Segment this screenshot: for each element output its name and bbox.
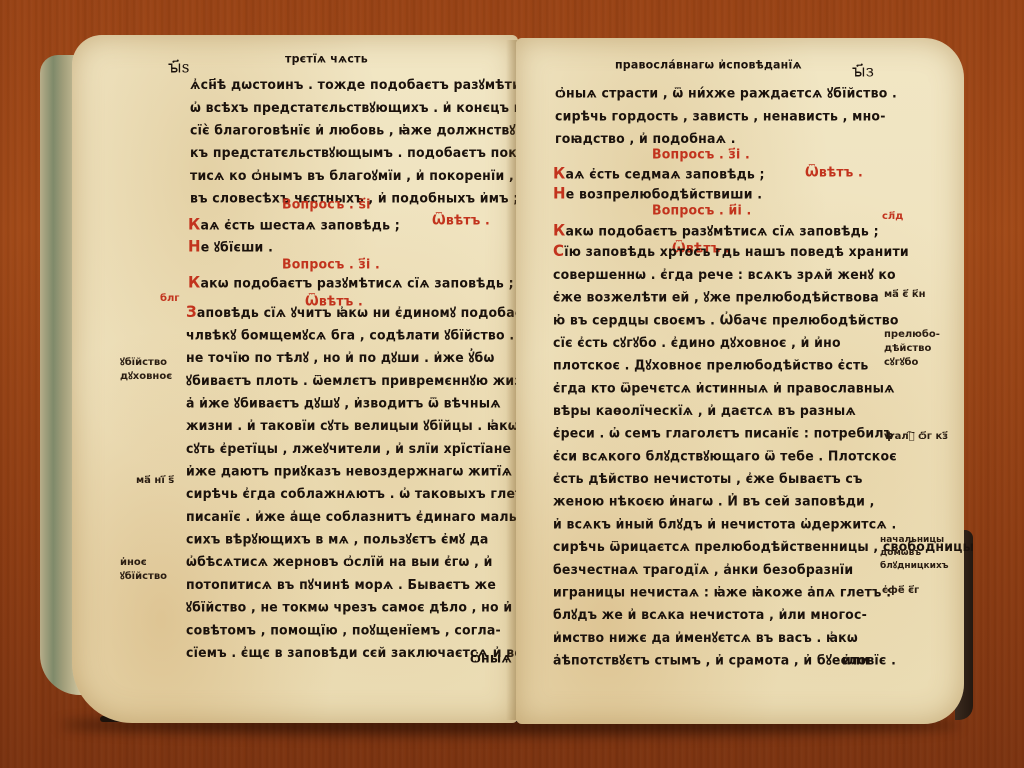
margin-note: сл҃д xyxy=(882,210,903,224)
red-initial: Н xyxy=(188,236,201,255)
text-line: є҆же возжелѣти ей , ꙋже прелюбодѣйствова xyxy=(553,285,883,308)
text-line: совѣтомъ , помощїю , поꙋщенїемъ , согла- xyxy=(186,618,506,641)
text-line: ѡ҆бѣсѧтисѧ жерновъ ѻ҆слїй на выи є҆гѡ , … xyxy=(186,550,506,573)
text-line: сирѣчь ѿрицаєтсѧ прелюбодѣйственницы , с… xyxy=(553,535,883,558)
text-line: и҆же даютъ приꙋказъ невоздержнагѡ житїѧ … xyxy=(186,459,506,482)
red-initial: С xyxy=(553,241,564,260)
margin-note: начальницы домѡвъ блꙋдницкихъ xyxy=(880,534,949,573)
margin-note: блг xyxy=(160,292,180,306)
margin-note: ма҃ ні҃ ѕ҃ xyxy=(136,474,174,488)
text-line: сꙋть є҆ретїцы , лжеꙋчители , и҆ ѕлїи хрї… xyxy=(186,437,506,460)
text-line: не точїю по тѣлꙋ , но и҆ по дꙋши . и҆же … xyxy=(186,346,506,369)
margin-note: ꙋбїйство дꙋховноє xyxy=(120,356,172,384)
text-line: сїє̀ благоговѣнїє и҆ любовь , ꙗ҆же должн… xyxy=(190,118,500,141)
text-line: сихъ вѣрꙋющихъ в мѧ , пользꙋєтъ є҆мꙋ да xyxy=(186,527,506,550)
question-heading: Вопросъ . ѕ҃і xyxy=(282,195,371,211)
text-line: играницы нечистаѧ : ꙗ҆же ꙗ҆коже а҆пѧ гле… xyxy=(553,580,883,603)
text-line: а҆ѣпотствꙋєтъ стымъ , и҆ срамота , и҆ бꙋ… xyxy=(553,648,883,671)
text-line: ꙋбїйство , не токмѡ чрезъ самоє дѣло , н… xyxy=(186,595,506,618)
left-top-lines: ѧ҆сн҃ѣ дѡстоинъ . тожде подобаєтъ разꙋмѣ… xyxy=(190,73,500,209)
question-text: Какѡ подобаєтъ разꙋмѣтисѧ сїѧ заповѣдь ; xyxy=(188,272,514,291)
text-line: Сїю заповѣдь хртосъ гдь нашъ поведѣ хран… xyxy=(553,240,883,263)
answer-label: Ѿвѣтъ . xyxy=(805,163,863,179)
red-initial: З xyxy=(186,302,197,321)
text-line: совершеннѡ . є҆гда рече : всѧкъ зрѧй жен… xyxy=(553,263,883,286)
text-line: сїє є҆сть сꙋгꙋбо . є҆дино дꙋховноє , и҆ … xyxy=(553,331,883,354)
question-text: Каѧ є҆сть шестаѧ заповѣдь ; xyxy=(188,214,400,233)
question-heading: Вопросъ . и҃і . xyxy=(652,201,752,217)
answer-text: Не возпрелюбодѣйствиши . xyxy=(553,183,762,202)
margin-note: ѱалⷨ҇ ѻ҃г кз҃ xyxy=(884,430,948,444)
text-line: сїемъ . є҆щє в заповѣди сєй заключаєтсѧ … xyxy=(186,641,506,664)
question-heading: Вопросъ . з҃і . xyxy=(652,145,750,161)
text-line: безчестнаѧ трагодїѧ , а҆нки безобразнїи xyxy=(553,558,883,581)
left-body-text: Заповѣдь сїѧ ꙋчитъ ꙗ҆кѡ ни є҆диномꙋ подо… xyxy=(186,301,506,664)
margin-note: и҆ноє ꙋбїйство xyxy=(120,556,167,584)
text-line: є҆гда кто ѿречєтсѧ и҆стинныѧ и҆ правосла… xyxy=(553,376,883,399)
text-line: а҆ и҆же ꙋбиваєтъ дꙋшꙋ , и҆зводитъ ѿ вѣчн… xyxy=(186,391,506,414)
text-line: къ предстатєльствꙋющымъ . подобаєтъ пока… xyxy=(190,141,500,164)
margin-note: є҆фе҃ є҃г xyxy=(882,584,919,598)
red-initial: Н xyxy=(553,183,566,202)
text-line: ѧ҆сн҃ѣ дѡстоинъ . тожде подобаєтъ разꙋмѣ… xyxy=(190,73,500,96)
text-line: сирѣчь гордость , зависть , ненависть , … xyxy=(555,104,875,127)
answer-label: Ѿвѣтъ . xyxy=(432,211,490,227)
text-line: писанїє . и҆же а҆ще соблазнитъ є҆динаго … xyxy=(186,505,506,528)
open-book: ꙑ҃ѕ трєтїѧ чѧсть ѧ҆сн҃ѣ дѡстоинъ . тожде… xyxy=(0,0,1024,768)
text-line: женою нѣкоєю и҆нагѡ . И҆ въ сей заповѣди… xyxy=(553,490,883,513)
right-running-header: правосла́внагѡ и҆сповѣданїѧ xyxy=(615,57,802,71)
text-line: вѣры каѳолїческїѧ , и҆ даєтсѧ въ разныѧ xyxy=(553,399,883,422)
text-line: члвѣкꙋ бомщемꙋсѧ бга , содѣлати ꙋбїйство… xyxy=(186,323,506,346)
text-line: є҆реси . ѡ҆ семъ глаголєтъ писанїє : пот… xyxy=(553,421,883,444)
right-body-text: Сїю заповѣдь хртосъ гдь нашъ поведѣ хран… xyxy=(553,240,883,671)
right-top-lines: ѻ҆ныѧ страсти , ѿ ни́хже раждаєтсѧ ꙋбїйс… xyxy=(555,81,875,149)
text-line: потопитисѧ въ пꙋчинѣ морѧ . Бываєтъ же xyxy=(186,573,506,596)
text-line: ѻ҆ныѧ страсти , ѿ ни́хже раждаєтсѧ ꙋбїйс… xyxy=(555,81,875,104)
right-folio-number: ꙑ҃з xyxy=(852,61,874,80)
answer-text: Не ꙋбїєши . xyxy=(188,236,273,255)
text-line: блꙋдъ же и҆ всѧка нечистота , и҆ли много… xyxy=(553,603,883,626)
text-line: Заповѣдь сїѧ ꙋчитъ ꙗ҆кѡ ни є҆диномꙋ подо… xyxy=(186,301,506,324)
question-text: Каѧ є҆сть седмаѧ заповѣдь ; xyxy=(553,163,765,182)
margin-note: ма҃ є҃ к҃н xyxy=(884,288,926,302)
red-initial: К xyxy=(188,214,200,233)
text-line: жизни . и҆ таковїи сꙋть велицыи ꙋбїйцы .… xyxy=(186,414,506,437)
left-folio-number: ꙑ҃ѕ xyxy=(168,57,190,76)
text-line: тисѧ ко ѻ҆нымъ въ благоꙋмїи , и҆ покорен… xyxy=(190,164,500,187)
text-line: ѡ҆ всѣхъ предстатєльствꙋющихъ . и҆ конєц… xyxy=(190,96,500,119)
text-line: ю҆ въ сердцы своємъ . Ѡ҆бачє прелюбодѣйс… xyxy=(553,308,883,331)
red-initial: К xyxy=(188,272,200,291)
margin-note: прелюбо- дѣйство сꙋгꙋбо xyxy=(884,328,940,370)
question-heading: Вопросъ . з҃і . xyxy=(282,255,380,271)
red-initial: К xyxy=(553,220,565,239)
catchword: и҆ли xyxy=(842,651,869,667)
question-text: Какѡ подобаєтъ разꙋмѣтисѧ сїѧ заповѣдь ; xyxy=(553,220,879,239)
text-line: є҆сть дѣйство нечистоты , є҆же бываєтъ с… xyxy=(553,467,883,490)
red-initial: К xyxy=(553,163,565,182)
text-line: плотскоє . Дꙋховноє прелюбодѣйство є҆сть xyxy=(553,353,883,376)
text-line: ꙋбиваєтъ плоть . ѿемлєтъ привремєннꙋю жи… xyxy=(186,369,506,392)
left-running-header: трєтїѧ чѧсть xyxy=(285,51,368,65)
text-line: и҆мство нижє да и҆менꙋєтсѧ въ васъ . ꙗ҆к… xyxy=(553,626,883,649)
text-line: сирѣчь є҆гда соблажнѧютъ . ѡ҆ таковыхъ г… xyxy=(186,482,506,505)
text-line: и҆ всѧкъ и҆ный блꙋдъ и҆ нечистота ѡ҆держ… xyxy=(553,512,883,535)
text-line: є҆си всѧкого блꙋдствꙋющаго ѿ тебе . Плот… xyxy=(553,444,883,467)
